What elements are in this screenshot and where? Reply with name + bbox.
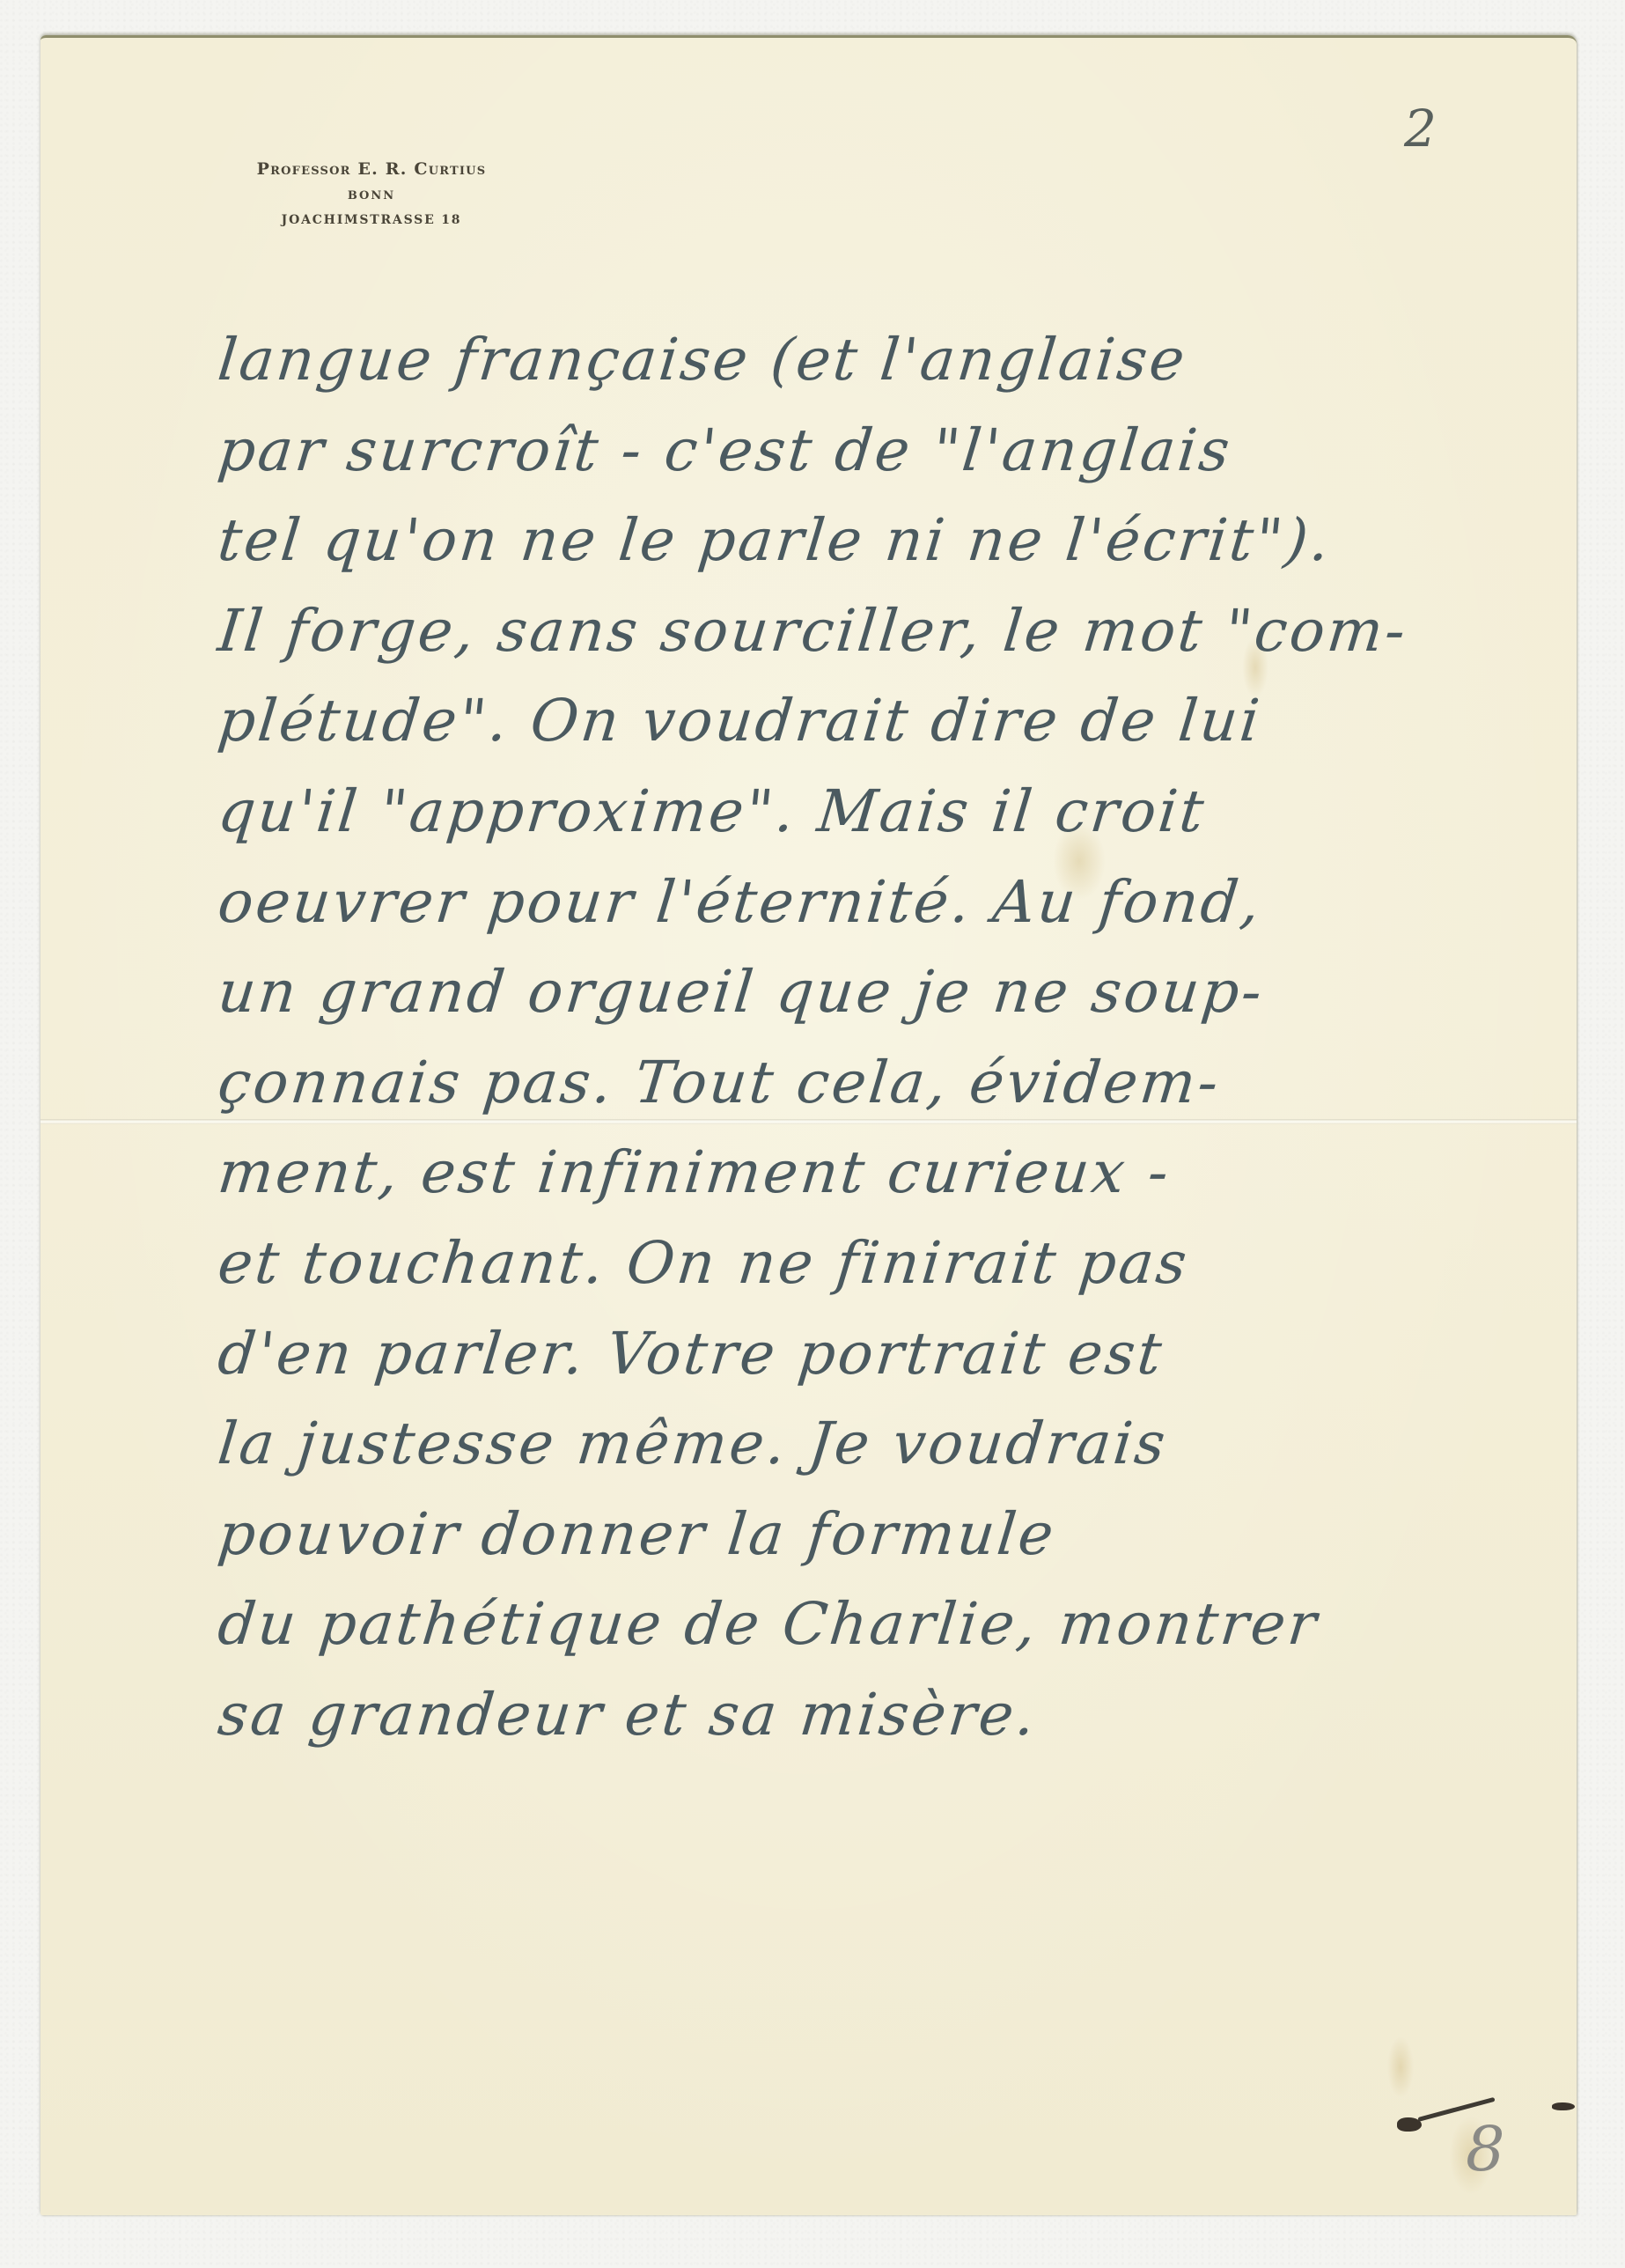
handwritten-line: la justesse même. Je voudrais <box>214 1399 1544 1490</box>
foxing-stain <box>1387 2036 1414 2098</box>
letterhead-city: BONN <box>169 190 574 202</box>
handwritten-line: par surcroît - c'est de "l'anglais <box>214 406 1544 497</box>
letterhead-street: JOACHIMSTRASSE 18 <box>169 214 574 226</box>
handwritten-line: d'en parler. Votre portrait est <box>214 1309 1544 1400</box>
letterhead-name: Professor E. R. Curtius <box>169 161 574 178</box>
handwritten-line: du pathétique de Charlie, montrer <box>214 1579 1544 1670</box>
handwritten-line: langue française (et l'anglaise <box>214 315 1544 406</box>
handwritten-line: çonnais pas. Tout cela, évidem- <box>214 1038 1544 1129</box>
handwritten-line: sa grandeur et sa misère. <box>214 1670 1544 1761</box>
handwritten-line: ment, est infiniment curieux - <box>214 1128 1544 1219</box>
pencil-folio-annotation: 8 <box>1466 2113 1505 2185</box>
handwritten-line: pouvoir donner la formule <box>214 1490 1544 1580</box>
handwritten-line: tel qu'on ne le parle ni ne l'écrit"). <box>214 496 1544 586</box>
letterhead: Professor E. R. Curtius BONN JOACHIMSTRA… <box>169 161 574 226</box>
handwritten-line: un grand orgueil que je ne soup- <box>214 947 1544 1038</box>
handwritten-line: et touchant. On ne finirait pas <box>214 1219 1544 1309</box>
page-number: 2 <box>1404 99 1437 158</box>
handwritten-line: qu'il "approxime". Mais il croit <box>214 767 1544 858</box>
ink-blot <box>1552 2102 1575 2110</box>
handwritten-line: oeuvrer pour l'éternité. Au fond, <box>214 858 1544 948</box>
letter-body: langue française (et l'anglaise par surc… <box>218 315 1539 1761</box>
handwritten-line: plétude". On voudrait dire de lui <box>214 676 1544 767</box>
handwritten-line: Il forge, sans sourciller, le mot "com- <box>214 586 1544 677</box>
